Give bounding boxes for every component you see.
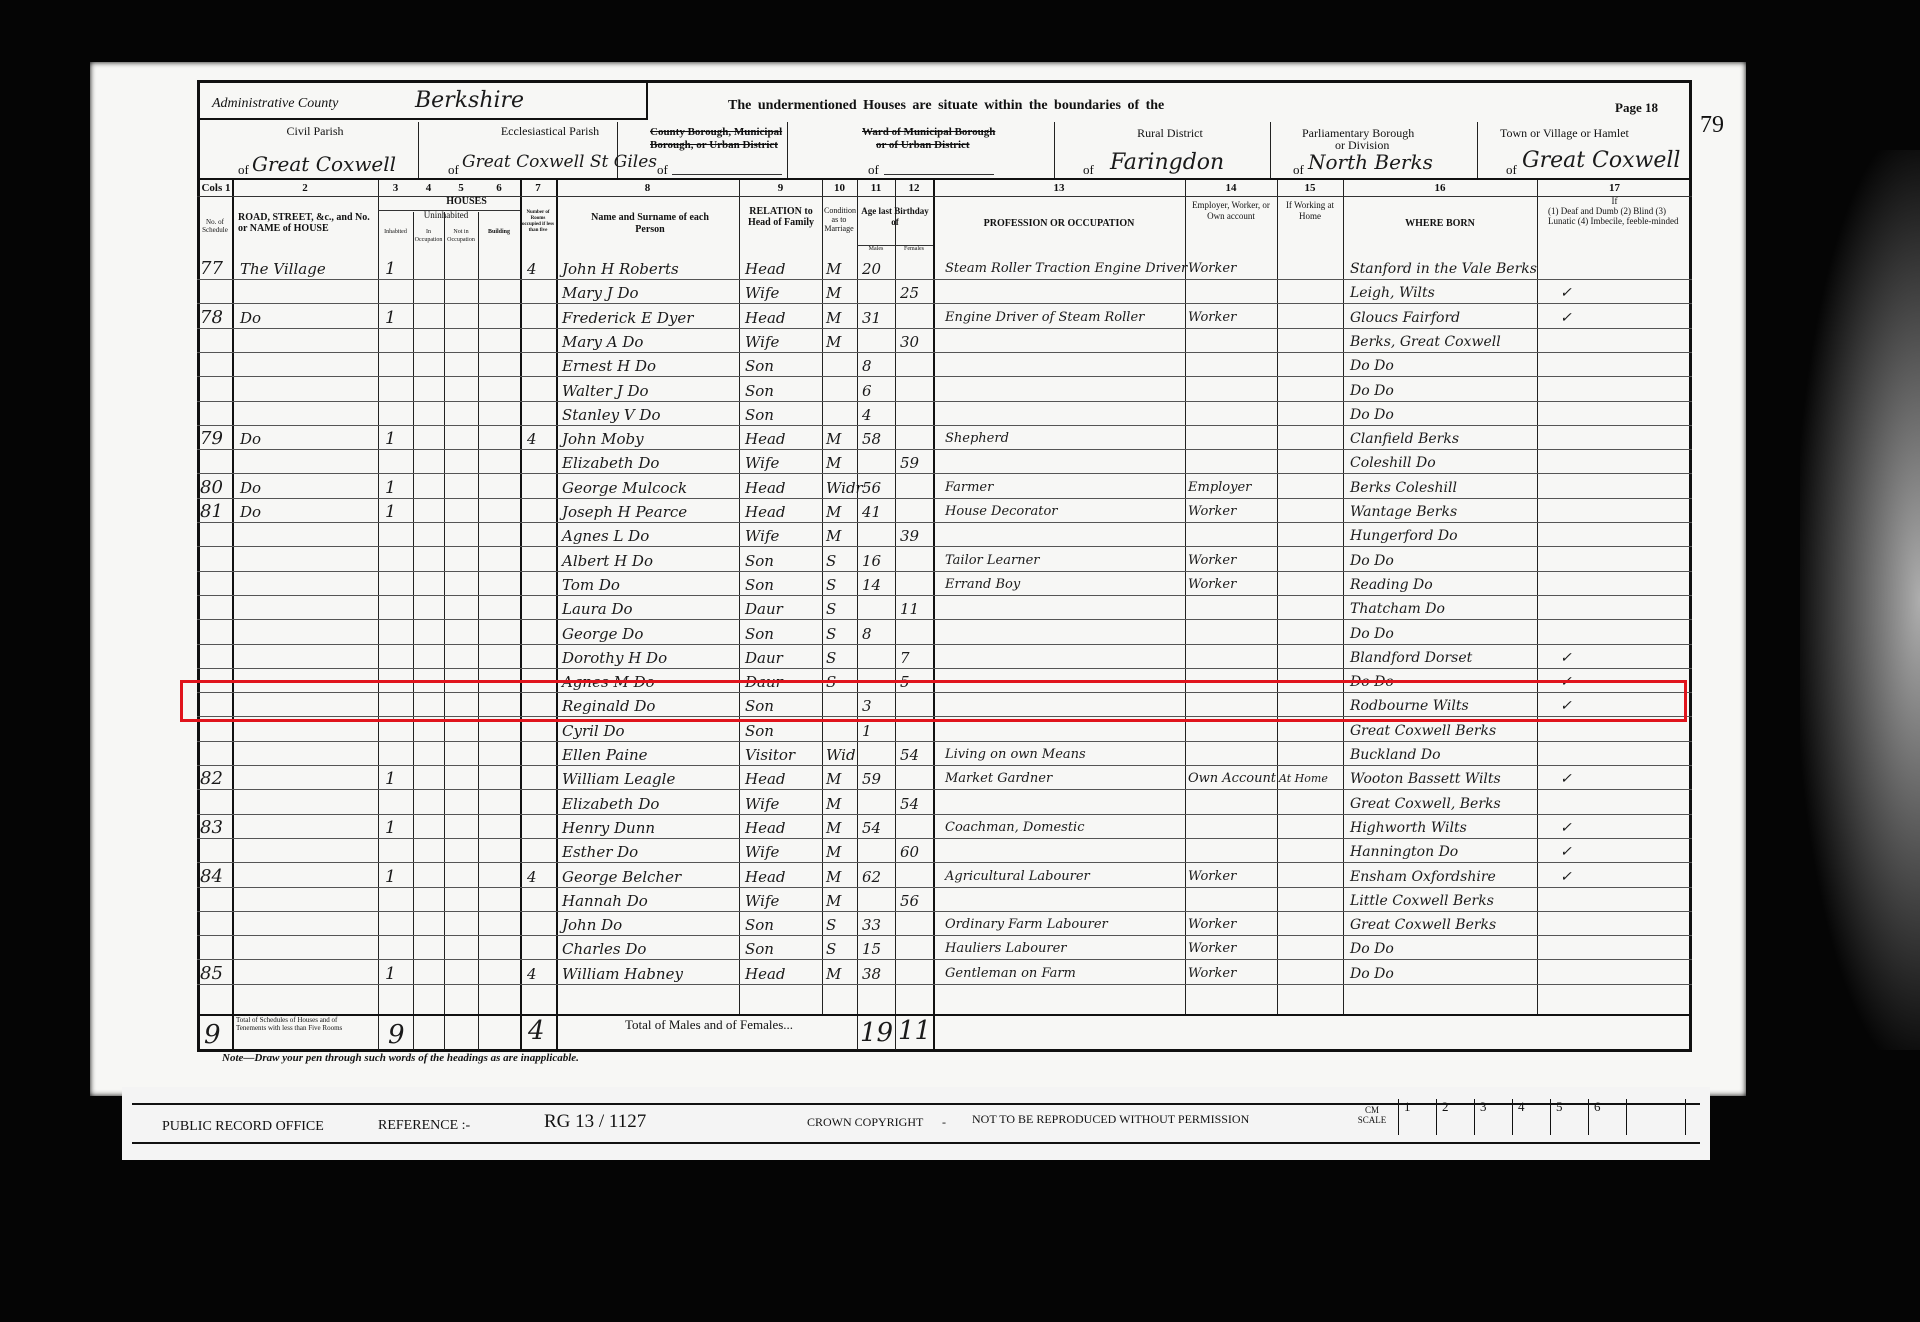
- blank-line: [672, 174, 782, 175]
- table-row[interactable]: Dorothy H DoDaurS7Blandford Dorset✓: [197, 646, 1692, 670]
- person-name: George Do: [562, 622, 737, 646]
- age-male: [862, 281, 894, 305]
- marital-condition: [826, 719, 856, 743]
- schedule-number: [200, 937, 230, 961]
- rooms-count: [527, 889, 553, 913]
- occupation: [945, 403, 1183, 427]
- age-female: 25: [900, 281, 932, 305]
- rooms-count: 4: [527, 257, 553, 281]
- table-row[interactable]: 831Henry DunnHeadM54Coachman, DomesticHi…: [197, 816, 1692, 840]
- archive-footer: PUBLIC RECORD OFFICE REFERENCE :- RG 13 …: [122, 1087, 1710, 1160]
- employment-status: Worker: [1188, 937, 1276, 961]
- total-schedules: 9: [204, 1020, 221, 1050]
- rooms-count: [527, 524, 553, 548]
- table-row[interactable]: Laura DoDaurS11Thatcham Do: [197, 597, 1692, 621]
- col-number: 4: [413, 182, 444, 194]
- schedule-number: 84: [200, 865, 230, 889]
- birthplace: Buckland Do: [1350, 743, 1535, 767]
- schedule-number: [200, 719, 230, 743]
- table-row[interactable]: Ernest H DoSon8Do Do: [197, 354, 1692, 378]
- of-prefix: of: [1293, 162, 1304, 178]
- occupation: [945, 597, 1183, 621]
- inhabited-count: 1: [385, 427, 410, 451]
- address: [240, 743, 375, 767]
- working-at-home: [1279, 476, 1341, 500]
- occupation: [945, 889, 1183, 913]
- ward-label-2: or of Urban District: [876, 139, 970, 151]
- birthplace: Wantage Berks: [1350, 500, 1535, 524]
- rooms-count: [527, 451, 553, 475]
- col-number: 14: [1185, 182, 1277, 194]
- address: [240, 573, 375, 597]
- table-row[interactable]: Walter J DoSon6Do Do: [197, 379, 1692, 403]
- infirmity-mark: ✓: [1560, 281, 1590, 305]
- age-male: [862, 743, 894, 767]
- table-row[interactable]: Ellen PaineVisitorWid54Living on own Mea…: [197, 743, 1692, 767]
- infirmity-mark: [1560, 622, 1590, 646]
- birthplace: Hannington Do: [1350, 840, 1535, 864]
- address: Do: [240, 306, 375, 330]
- birthplace: Hungerford Do: [1350, 524, 1535, 548]
- schedule-number: [200, 281, 230, 305]
- of-prefix: of: [238, 162, 249, 178]
- working-at-home: [1279, 597, 1341, 621]
- working-at-home: [1279, 403, 1341, 427]
- infirmity-mark: ✓: [1560, 816, 1590, 840]
- address: [240, 524, 375, 548]
- schedule-number: 80: [200, 476, 230, 500]
- marital-condition: Widr: [826, 476, 856, 500]
- scale-cell: 2: [1436, 1099, 1474, 1135]
- occupation: House Decorator: [945, 500, 1183, 524]
- employment-status: Employer: [1188, 476, 1276, 500]
- rooms-count: [527, 500, 553, 524]
- relation: Wife: [745, 524, 821, 548]
- age-female: [900, 937, 932, 961]
- schedule-number: 78: [200, 306, 230, 330]
- divider: [197, 1014, 1692, 1016]
- total-label: Total of Males and of Females...: [625, 1017, 793, 1033]
- infirmity-mark: ✓: [1560, 840, 1590, 864]
- inhabited-count: 1: [385, 257, 410, 281]
- table-row[interactable]: Esther DoWifeM60Hannington Do✓: [197, 840, 1692, 864]
- col17-if: If: [1537, 196, 1692, 206]
- relation: Wife: [745, 792, 821, 816]
- rooms-count: [527, 937, 553, 961]
- inhabited-count: [385, 840, 410, 864]
- col17-heading: (1) Deaf and Dumb (2) Blind (3) Lunatic …: [1548, 206, 1686, 226]
- infirmity-mark: ✓: [1560, 306, 1590, 330]
- footer-scale-label: CM SCALE: [1352, 1105, 1392, 1125]
- address: [240, 330, 375, 354]
- col16-heading: WHERE BORN: [1343, 218, 1537, 229]
- age-male: 14: [862, 573, 894, 597]
- footer-notice: NOT TO BE REPRODUCED WITHOUT PERMISSION: [972, 1112, 1249, 1127]
- employment-status: [1188, 889, 1276, 913]
- employment-status: Worker: [1188, 257, 1276, 281]
- person-name: Dorothy H Do: [562, 646, 737, 670]
- marital-condition: S: [826, 937, 856, 961]
- footer-rule: [132, 1142, 1700, 1144]
- working-at-home: [1279, 937, 1341, 961]
- table-row[interactable]: 80Do1George MulcockHeadWidr56FarmerEmplo…: [197, 476, 1692, 500]
- rooms-count: [527, 719, 553, 743]
- relation: Son: [745, 719, 821, 743]
- marital-condition: [826, 379, 856, 403]
- person-name: Walter J Do: [562, 379, 737, 403]
- table-row[interactable]: Charles DoSonS15Hauliers LabourerWorkerD…: [197, 937, 1692, 961]
- address: [240, 403, 375, 427]
- age-male: 20: [862, 257, 894, 281]
- relation: Son: [745, 403, 821, 427]
- working-at-home: [1279, 816, 1341, 840]
- relation: Son: [745, 354, 821, 378]
- table-row[interactable]: 821William LeagleHeadM59Market GardnerOw…: [197, 767, 1692, 791]
- divider: [787, 122, 788, 178]
- employment-status: [1188, 646, 1276, 670]
- infirmity-mark: [1560, 573, 1590, 597]
- highlight-box: [180, 680, 1687, 722]
- birthplace: Do Do: [1350, 622, 1535, 646]
- working-at-home: [1279, 792, 1341, 816]
- marital-condition: M: [826, 330, 856, 354]
- occupation: Tailor Learner: [945, 549, 1183, 573]
- working-at-home: [1279, 719, 1341, 743]
- birthplace: Do Do: [1350, 354, 1535, 378]
- address: The Village: [240, 257, 375, 281]
- table-row[interactable]: Mary J DoWifeM25Leigh, Wilts✓: [197, 281, 1692, 305]
- occupation: Farmer: [945, 476, 1183, 500]
- age-female: [900, 500, 932, 524]
- table-row[interactable]: 8414George BelcherHeadM62Agricultural La…: [197, 865, 1692, 889]
- relation: Head: [745, 500, 821, 524]
- blank-line: [884, 174, 994, 175]
- person-name: Ellen Paine: [562, 743, 737, 767]
- relation: Daur: [745, 646, 821, 670]
- relation: Son: [745, 379, 821, 403]
- age-female: [900, 865, 932, 889]
- birthplace: Berks Coleshill: [1350, 476, 1535, 500]
- col-number: Cols 1: [198, 182, 234, 194]
- table-row[interactable]: 77The Village14John H RobertsHeadM20Stea…: [197, 257, 1692, 281]
- occupation: [945, 524, 1183, 548]
- col13-heading: PROFESSION OR OCCUPATION: [933, 218, 1185, 229]
- schedule-number: [200, 792, 230, 816]
- admin-county-label: Administrative County: [212, 96, 338, 112]
- divider: [646, 80, 648, 120]
- rooms-count: [527, 767, 553, 791]
- inhabited-count: 1: [385, 500, 410, 524]
- marital-condition: M: [826, 281, 856, 305]
- schedule-number: [200, 597, 230, 621]
- occupation: [945, 330, 1183, 354]
- age-male: [862, 524, 894, 548]
- age-female: [900, 306, 932, 330]
- rooms-count: 4: [527, 427, 553, 451]
- inhabited-count: 1: [385, 816, 410, 840]
- rooms-count: [527, 379, 553, 403]
- footer-separator: -: [942, 1115, 946, 1130]
- employment-status: Worker: [1188, 573, 1276, 597]
- schedule-number: 81: [200, 500, 230, 524]
- females-heading: Females: [895, 246, 933, 252]
- infirmity-mark: [1560, 403, 1590, 427]
- occupation: Gentleman on Farm: [945, 962, 1183, 986]
- infirmity-mark: [1560, 427, 1590, 451]
- relation: Head: [745, 306, 821, 330]
- relation: Wife: [745, 330, 821, 354]
- person-name: Albert H Do: [562, 549, 737, 573]
- relation: Head: [745, 962, 821, 986]
- address: [240, 597, 375, 621]
- birthplace: Reading Do: [1350, 573, 1535, 597]
- occupation: [945, 281, 1183, 305]
- schedule-number: 85: [200, 962, 230, 986]
- rooms-count: [527, 476, 553, 500]
- total-males: 19: [860, 1018, 893, 1048]
- table-row[interactable]: Cyril DoSon1Great Coxwell Berks: [197, 719, 1692, 743]
- address: [240, 281, 375, 305]
- divider: [1054, 122, 1055, 178]
- occupation: Engine Driver of Steam Roller: [945, 306, 1183, 330]
- inhabited-count: 1: [385, 476, 410, 500]
- employment-status: Worker: [1188, 962, 1276, 986]
- schedule-number: [200, 524, 230, 548]
- col5-heading: Not in Occupation: [444, 228, 478, 244]
- inhabited-count: [385, 719, 410, 743]
- table-row[interactable]: 78Do1Frederick E DyerHeadM31Engine Drive…: [197, 306, 1692, 330]
- occupation: Hauliers Labourer: [945, 937, 1183, 961]
- employment-status: Worker: [1188, 913, 1276, 937]
- table-row[interactable]: Albert H DoSonS16Tailor LearnerWorkerDo …: [197, 549, 1692, 573]
- folio-number: 79: [1700, 112, 1724, 139]
- employment-status: [1188, 379, 1276, 403]
- table-row[interactable]: Elizabeth DoWifeM54Great Coxwell, Berks: [197, 792, 1692, 816]
- birthplace: Leigh, Wilts: [1350, 281, 1535, 305]
- marital-condition: M: [826, 767, 856, 791]
- working-at-home: [1279, 451, 1341, 475]
- address: Do: [240, 427, 375, 451]
- employment-status: [1188, 403, 1276, 427]
- employment-status: [1188, 792, 1276, 816]
- employment-status: [1188, 816, 1276, 840]
- birthplace: Highworth Wilts: [1350, 816, 1535, 840]
- address: [240, 840, 375, 864]
- table-row[interactable]: Agnes L DoWifeM39Hungerford Do: [197, 524, 1692, 548]
- scale-cell: 4: [1512, 1099, 1550, 1135]
- rooms-count: [527, 281, 553, 305]
- inhabited-count: [385, 792, 410, 816]
- working-at-home: [1279, 524, 1341, 548]
- rooms-count: [527, 816, 553, 840]
- divider: [418, 122, 419, 178]
- person-name: Ernest H Do: [562, 354, 737, 378]
- marital-condition: S: [826, 549, 856, 573]
- inhabited-count: [385, 451, 410, 475]
- col10-heading: Condition as to Marriage: [824, 206, 854, 233]
- inhabited-count: [385, 524, 410, 548]
- col-number: 15: [1277, 182, 1343, 194]
- birthplace: Do Do: [1350, 379, 1535, 403]
- age-female: [900, 573, 932, 597]
- table-row[interactable]: Stanley V DoSon4Do Do: [197, 403, 1692, 427]
- inhabited-count: [385, 354, 410, 378]
- age-male: 16: [862, 549, 894, 573]
- col8-heading: Name and Surname of each Person: [580, 212, 720, 236]
- rooms-count: [527, 573, 553, 597]
- age-female: [900, 816, 932, 840]
- employment-status: [1188, 330, 1276, 354]
- occupation: Coachman, Domestic: [945, 816, 1183, 840]
- of-prefix: of: [1083, 162, 1094, 178]
- table-row[interactable]: Mary A DoWifeM30Berks, Great Coxwell: [197, 330, 1692, 354]
- birthplace: Great Coxwell Berks: [1350, 719, 1535, 743]
- civil-parish-value: Great Coxwell: [252, 152, 396, 176]
- rooms-count: 4: [527, 865, 553, 889]
- address: [240, 889, 375, 913]
- address: [240, 937, 375, 961]
- inhabited-count: [385, 913, 410, 937]
- person-name: Mary A Do: [562, 330, 737, 354]
- schedule-number: 79: [200, 427, 230, 451]
- parliamentary-value: North Berks: [1308, 150, 1433, 174]
- age-male: 33: [862, 913, 894, 937]
- birthplace: Do Do: [1350, 937, 1535, 961]
- schedule-number: [200, 913, 230, 937]
- age-male: 58: [862, 427, 894, 451]
- footer-reference: RG 13 / 1127: [544, 1111, 646, 1133]
- col-number: 10: [822, 182, 857, 194]
- infirmity-mark: [1560, 743, 1590, 767]
- col9-heading: RELATION to Head of Family: [742, 206, 820, 228]
- age-female: 7: [900, 646, 932, 670]
- birthplace: Blandford Dorset: [1350, 646, 1535, 670]
- age-female: [900, 767, 932, 791]
- infirmity-mark: ✓: [1560, 865, 1590, 889]
- address: [240, 646, 375, 670]
- person-name: John Do: [562, 913, 737, 937]
- age-male: 54: [862, 816, 894, 840]
- relation: Son: [745, 913, 821, 937]
- working-at-home: [1279, 889, 1341, 913]
- employment-status: [1188, 354, 1276, 378]
- rooms-count: [527, 792, 553, 816]
- person-name: William Leagle: [562, 767, 737, 791]
- relation: Wife: [745, 281, 821, 305]
- inhabited-count: [385, 379, 410, 403]
- birthplace: Great Coxwell Berks: [1350, 913, 1535, 937]
- table-row[interactable]: 81Do1Joseph H PearceHeadM41House Decorat…: [197, 500, 1692, 524]
- table-row[interactable]: George DoSonS8Do Do: [197, 622, 1692, 646]
- rooms-count: [527, 840, 553, 864]
- males-heading: Males: [857, 246, 895, 252]
- schedule-number: [200, 379, 230, 403]
- occupation: Market Gardner: [945, 767, 1183, 791]
- town-value: Great Coxwell: [1522, 148, 1680, 173]
- working-at-home: [1279, 500, 1341, 524]
- marital-condition: M: [826, 792, 856, 816]
- inhabited-count: [385, 281, 410, 305]
- divider: [617, 122, 618, 178]
- marital-condition: Wid: [826, 743, 856, 767]
- inhabited-count: 1: [385, 767, 410, 791]
- address: [240, 767, 375, 791]
- civil-parish-label: Civil Parish: [230, 124, 400, 139]
- marital-condition: M: [826, 816, 856, 840]
- schedule-number: [200, 354, 230, 378]
- total-inhabited: 9: [388, 1020, 405, 1050]
- address: Do: [240, 500, 375, 524]
- marital-condition: S: [826, 646, 856, 670]
- infirmity-mark: [1560, 500, 1590, 524]
- col-number: 12: [895, 182, 933, 194]
- birthplace: Thatcham Do: [1350, 597, 1535, 621]
- county-borough-label: County Borough, Municipal: [650, 126, 782, 138]
- marital-condition: [826, 403, 856, 427]
- table-row[interactable]: Elizabeth DoWifeM59Coleshill Do: [197, 451, 1692, 475]
- employment-status: [1188, 840, 1276, 864]
- table-row[interactable]: 79Do14John MobyHeadM58ShepherdClanfield …: [197, 427, 1692, 451]
- person-name: Agnes L Do: [562, 524, 737, 548]
- col-number: 5: [444, 182, 478, 194]
- infirmity-mark: [1560, 379, 1590, 403]
- ward-label: Ward of Municipal Borough: [862, 126, 995, 138]
- birthplace: Do Do: [1350, 962, 1535, 986]
- schedule-number: [200, 451, 230, 475]
- rooms-count: [527, 913, 553, 937]
- working-at-home: [1279, 306, 1341, 330]
- age-male: 8: [862, 354, 894, 378]
- relation: Daur: [745, 597, 821, 621]
- marital-condition: M: [826, 451, 856, 475]
- col-number: 9: [739, 182, 822, 194]
- rooms-count: [527, 354, 553, 378]
- table-row[interactable]: Tom DoSonS14Errand BoyWorkerReading Do: [197, 573, 1692, 597]
- col-number: 7: [520, 182, 556, 194]
- marital-condition: M: [826, 889, 856, 913]
- age-female: [900, 403, 932, 427]
- employment-status: [1188, 427, 1276, 451]
- table-row[interactable]: 8514William HabneyHeadM38Gentleman on Fa…: [197, 962, 1692, 986]
- col-number: 3: [378, 182, 413, 194]
- age-male: 41: [862, 500, 894, 524]
- working-at-home: [1279, 962, 1341, 986]
- divider: [1270, 122, 1271, 178]
- infirmity-mark: ✓: [1560, 767, 1590, 791]
- table-row[interactable]: Hannah DoWifeM56Little Coxwell Berks: [197, 889, 1692, 913]
- inhabited-count: [385, 889, 410, 913]
- age-female: 54: [900, 792, 932, 816]
- age-male: 8: [862, 622, 894, 646]
- address: [240, 913, 375, 937]
- working-at-home: [1279, 573, 1341, 597]
- working-at-home: At Home: [1279, 767, 1341, 791]
- total-schedules-label: Total of Schedules of Houses and of Tene…: [236, 1016, 366, 1032]
- infirmity-mark: [1560, 937, 1590, 961]
- table-row[interactable]: John DoSonS33Ordinary Farm LabourerWorke…: [197, 913, 1692, 937]
- person-name: Henry Dunn: [562, 816, 737, 840]
- schedule-number: [200, 549, 230, 573]
- col-number: 13: [933, 182, 1185, 194]
- person-name: George Mulcock: [562, 476, 737, 500]
- person-name: William Habney: [562, 962, 737, 986]
- age-male: [862, 792, 894, 816]
- person-name: George Belcher: [562, 865, 737, 889]
- rooms-count: [527, 403, 553, 427]
- address: [240, 549, 375, 573]
- working-at-home: [1279, 354, 1341, 378]
- col6-heading: Building: [478, 228, 520, 236]
